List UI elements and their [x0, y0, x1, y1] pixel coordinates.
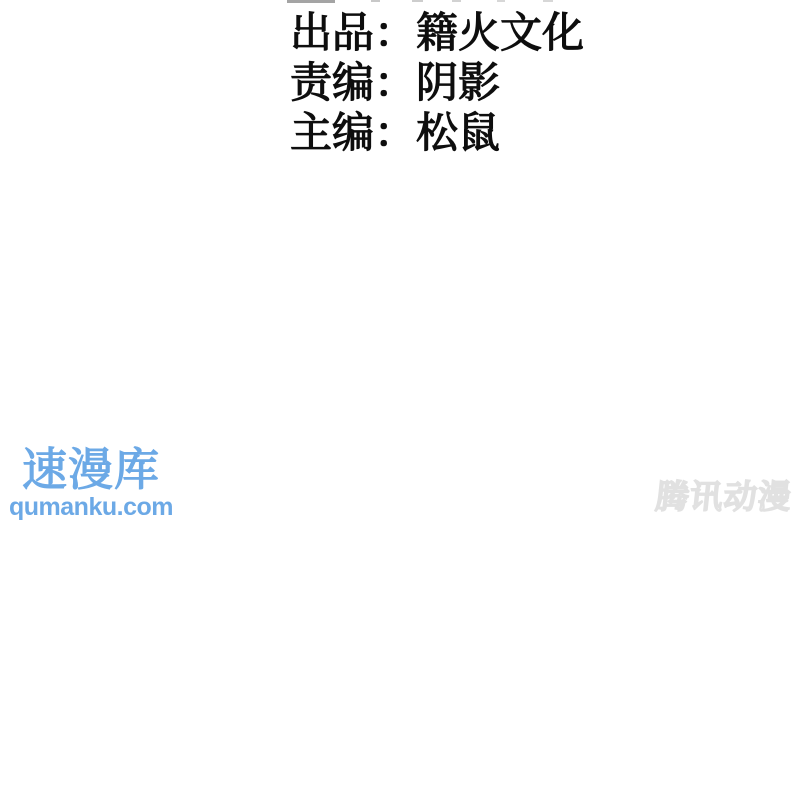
- comic-credits-page: 出品：籍火文化 责编：阴影 主编：松鼠 速漫库 qumanku.com 腾讯动漫: [0, 0, 800, 785]
- credits-block: 出品：籍火文化 责编：阴影 主编：松鼠: [290, 8, 584, 158]
- remnant-fragment: [452, 0, 461, 2]
- site-logo-domain: qumanku.com: [8, 494, 174, 520]
- site-logo-title: 速漫库: [8, 446, 174, 494]
- cropped-text-remnant: [0, 0, 800, 4]
- tencent-comics-watermark: 腾讯动漫: [654, 471, 795, 518]
- credit-line-editor: 责编：阴影: [290, 58, 584, 108]
- remnant-fragment: [497, 0, 505, 2]
- remnant-fragment: [543, 0, 553, 2]
- remnant-fragment: [287, 0, 335, 3]
- remnant-fragment: [412, 0, 423, 2]
- remnant-fragment: [371, 0, 380, 2]
- site-logo: 速漫库 qumanku.com: [8, 446, 174, 520]
- credit-line-chief-editor: 主编：松鼠: [290, 108, 584, 158]
- credit-line-producer: 出品：籍火文化: [290, 8, 584, 58]
